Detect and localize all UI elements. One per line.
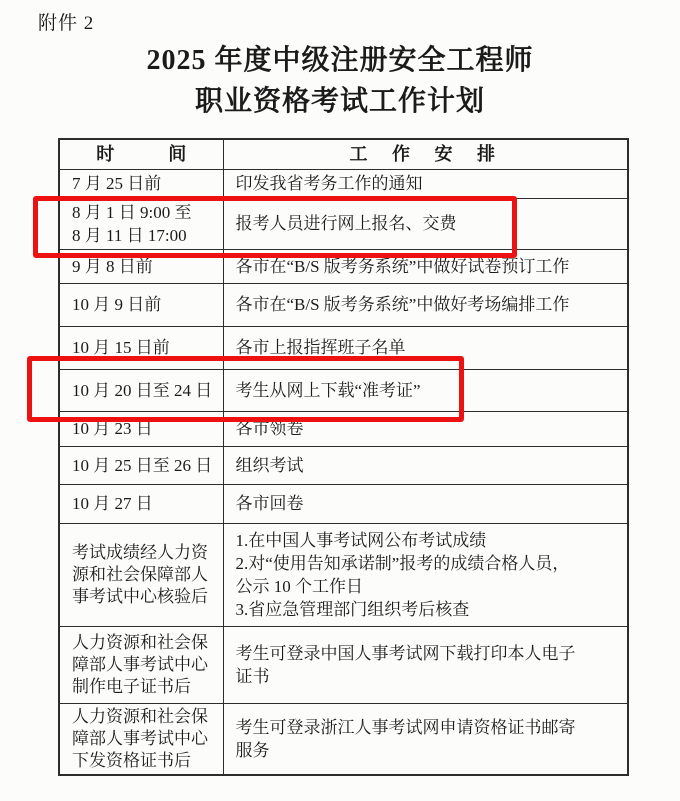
- title-line-2: 职业资格考试工作计划: [0, 81, 680, 122]
- table-row: 10 月 15 日前 各市上报指挥班子名单: [59, 326, 628, 369]
- time-cell: 10 月 25 日至 26 日: [59, 446, 223, 484]
- table-row: 10 月 23 日 各市领卷: [59, 411, 628, 446]
- table-row: 10 月 9 日前 各市在“B/S 版考务系统”中做好考场编排工作: [59, 283, 628, 326]
- table-header-row: 时 间 工 作 安 排: [59, 139, 628, 169]
- table-row: 人力资源和社会保 障部人事考试中心 下发资格证书后 考生可登录浙江人事考试网申请…: [59, 703, 628, 775]
- task-cell: 1.在中国人事考试网公布考试成绩 2.对“使用告知承诺制”报考的成绩合格人员， …: [223, 523, 628, 626]
- task-column-header: 工 作 安 排: [223, 139, 628, 169]
- time-cell: 8 月 1 日 9:00 至 8 月 11 日 17:00: [59, 198, 223, 249]
- time-cell: 人力资源和社会保 障部人事考试中心 下发资格证书后: [59, 703, 223, 775]
- time-cell: 10 月 15 日前: [59, 326, 223, 369]
- table-row: 9 月 8 日前 各市在“B/S 版考务系统”中做好试卷预订工作: [59, 249, 628, 283]
- attachment-label: 附件 2: [38, 8, 94, 35]
- table-row-highlighted-registration: 8 月 1 日 9:00 至 8 月 11 日 17:00 报考人员进行网上报名…: [59, 198, 628, 249]
- time-cell: 10 月 20 日至 24 日: [59, 369, 223, 411]
- task-cell: 考生可登录中国人事考试网下载打印本人电子 证书: [223, 626, 628, 703]
- document-title: 2025 年度中级注册安全工程师 职业资格考试工作计划: [0, 40, 680, 122]
- time-cell: 10 月 27 日: [59, 484, 223, 523]
- time-cell: 9 月 8 日前: [59, 249, 223, 283]
- task-cell: 各市在“B/S 版考务系统”中做好考场编排工作: [223, 283, 628, 326]
- task-cell: 印发我省考务工作的通知: [223, 169, 628, 198]
- task-cell: 各市领卷: [223, 411, 628, 446]
- exam-schedule-table: 时 间 工 作 安 排 7 月 25 日前 印发我省考务工作的通知 8 月 1 …: [58, 138, 629, 776]
- time-cell: 10 月 9 日前: [59, 283, 223, 326]
- scanned-document-page: 附件 2 2025 年度中级注册安全工程师 职业资格考试工作计划 时 间 工 作…: [0, 0, 680, 801]
- schedule-table-container: 时 间 工 作 安 排 7 月 25 日前 印发我省考务工作的通知 8 月 1 …: [58, 138, 629, 776]
- task-cell: 各市回卷: [223, 484, 628, 523]
- task-cell: 报考人员进行网上报名、交费: [223, 198, 628, 249]
- title-line-1: 2025 年度中级注册安全工程师: [0, 40, 680, 81]
- task-cell: 考生从网上下载“准考证”: [223, 369, 628, 411]
- table-row: 10 月 25 日至 26 日 组织考试: [59, 446, 628, 484]
- table-row: 7 月 25 日前 印发我省考务工作的通知: [59, 169, 628, 198]
- table-row: 人力资源和社会保 障部人事考试中心 制作电子证书后 考生可登录中国人事考试网下载…: [59, 626, 628, 703]
- task-cell: 各市在“B/S 版考务系统”中做好试卷预订工作: [223, 249, 628, 283]
- time-cell: 考试成绩经人力资 源和社会保障部人 事考试中心核验后: [59, 523, 223, 626]
- task-cell: 考生可登录浙江人事考试网申请资格证书邮寄 服务: [223, 703, 628, 775]
- time-column-header: 时 间: [59, 139, 223, 169]
- table-row-highlighted-admission-ticket: 10 月 20 日至 24 日 考生从网上下载“准考证”: [59, 369, 628, 411]
- time-cell: 7 月 25 日前: [59, 169, 223, 198]
- task-cell: 各市上报指挥班子名单: [223, 326, 628, 369]
- table-row: 10 月 27 日 各市回卷: [59, 484, 628, 523]
- task-cell: 组织考试: [223, 446, 628, 484]
- table-row: 考试成绩经人力资 源和社会保障部人 事考试中心核验后 1.在中国人事考试网公布考…: [59, 523, 628, 626]
- time-cell: 人力资源和社会保 障部人事考试中心 制作电子证书后: [59, 626, 223, 703]
- time-cell: 10 月 23 日: [59, 411, 223, 446]
